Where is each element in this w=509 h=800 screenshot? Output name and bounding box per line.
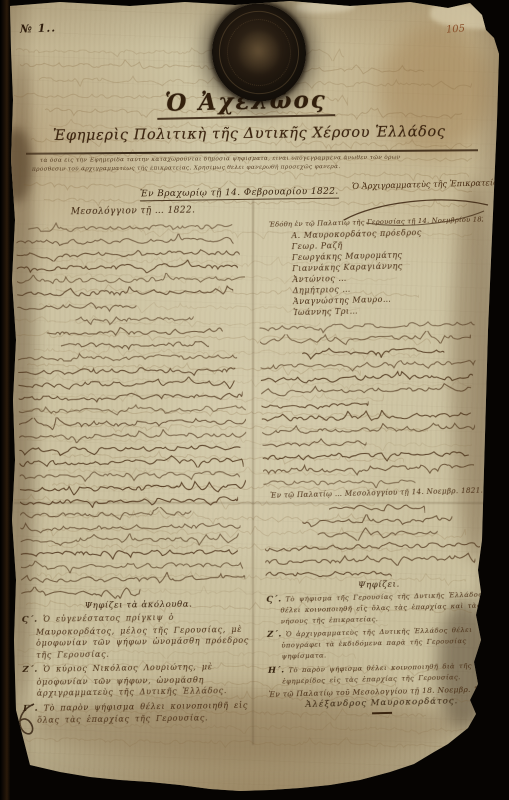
page-number: 105 bbox=[446, 23, 466, 35]
newspaper-subtitle: Ἐφημερὶς Πολιτικὴ τῆς Δυτικῆς Χέρσου Ἑλλ… bbox=[53, 124, 446, 144]
decree-item-text: Τὸ παρὸν ψήφισμα θέλει κοινοποιηθῆ διὰ τ… bbox=[282, 662, 472, 685]
decree-item-marker: Ϛ΄. bbox=[266, 595, 281, 605]
masthead-fineprint-line1: τὰ ὅσα εἰς τὴν Ἐφημερίδα ταύτην καταχωρο… bbox=[40, 154, 472, 164]
decree-item-text: Ὁ ἀρχιγραμματεὺς τῆς Δυτικῆς Ἑλλάδος θέλ… bbox=[281, 626, 472, 660]
handwriting-scribble bbox=[21, 585, 140, 600]
decree-item-marker: Ϛ΄. bbox=[22, 615, 38, 625]
decree-item-marker: Ζ΄. bbox=[267, 630, 282, 640]
masthead-fineprint-line2: πρόσθεσιν τοῦ ἀρχιγραμματέως τῆς ἐπικρατ… bbox=[32, 163, 428, 172]
decree-item: Ϛ΄. Τὸ ψήφισμα τῆς Γερουσίας τῆς Δυτικῆς… bbox=[266, 589, 493, 627]
decree-item: Ζ΄. Ὁ ἀρχιγραμματεὺς τῆς Δυτικῆς Ἑλλάδος… bbox=[267, 625, 494, 663]
decree-item-text: Τὸ ψήφισμα τῆς Γερουσίας τῆς Δυτικῆς Ἑλλ… bbox=[280, 591, 482, 626]
dateline-row: Ἐν Βραχωρίῳ τῇ 14. Φεβρουαρίου 1822. bbox=[140, 180, 339, 200]
decree-item-marker: Ζ΄. bbox=[22, 665, 38, 675]
decree-item: Η΄. Τὸ παρὸν ψήφισμα θέλει κοινοποιηθῆ δ… bbox=[268, 660, 494, 687]
decree-item-text: Ὁ εὐγενέστατος πρίγκιψ ὁ Μαυροκορδάτος, … bbox=[36, 613, 249, 659]
right-column: Ἐδόθη ἐν τῷ Παλατίῳ τῆς Γερουσίας τῇ 14.… bbox=[257, 215, 495, 717]
decree-item: Ζ΄. Ὁ κύριος Νικόλαος Λουριώτης, μὲ ὁμοφ… bbox=[22, 661, 256, 700]
decree-item: Ϛ΄. Ὁ εὐγενέστατος πρίγκιψ ὁ Μαυροκορδάτ… bbox=[22, 611, 257, 661]
ink-flourish bbox=[4, 700, 48, 776]
decree-item-marker: Η΄. bbox=[268, 665, 285, 675]
decree-item: Γ΄. Τὸ παρὸν ψήφισμα θέλει κοινοποιηθῆ ε… bbox=[23, 699, 257, 726]
manuscript-paper: № 1.. 105 Ὁ Ἀχελῶος Ἐφημερὶς Πολιτικὴ τῆ… bbox=[0, 0, 509, 800]
decree-item-text: Τὸ παρὸν ψήφισμα θέλει κοινοποιηθῆ εἰς ὅ… bbox=[37, 700, 248, 724]
scan-left-edge bbox=[0, 0, 10, 800]
issue-dateline: Ἐν Βραχωρίῳ τῇ 14. Φεβρουαρίου 1822. bbox=[140, 187, 339, 202]
decree-item-text: Ὁ κύριος Νικόλαος Λουριώτης, μὲ ὁμοφωνία… bbox=[37, 662, 228, 697]
subtitle-row: Ἐφημερὶς Πολιτικὴ τῆς Δυτικῆς Χέρσου Ἑλλ… bbox=[0, 123, 498, 142]
document-number: № 1.. bbox=[20, 21, 57, 35]
secretary-line: Ὁ Ἀρχιγραμματεὺς τῆς Ἐπικρατείας bbox=[352, 177, 503, 191]
scanned-manuscript-page: № 1.. 105 Ὁ Ἀχελῶος Ἐφημερὶς Πολιτικὴ τῆ… bbox=[0, 0, 509, 800]
left-column: Μεσολόγγιον τῇ … 1822.Ψηφίζει τὰ ἀκόλουθ… bbox=[16, 205, 257, 730]
